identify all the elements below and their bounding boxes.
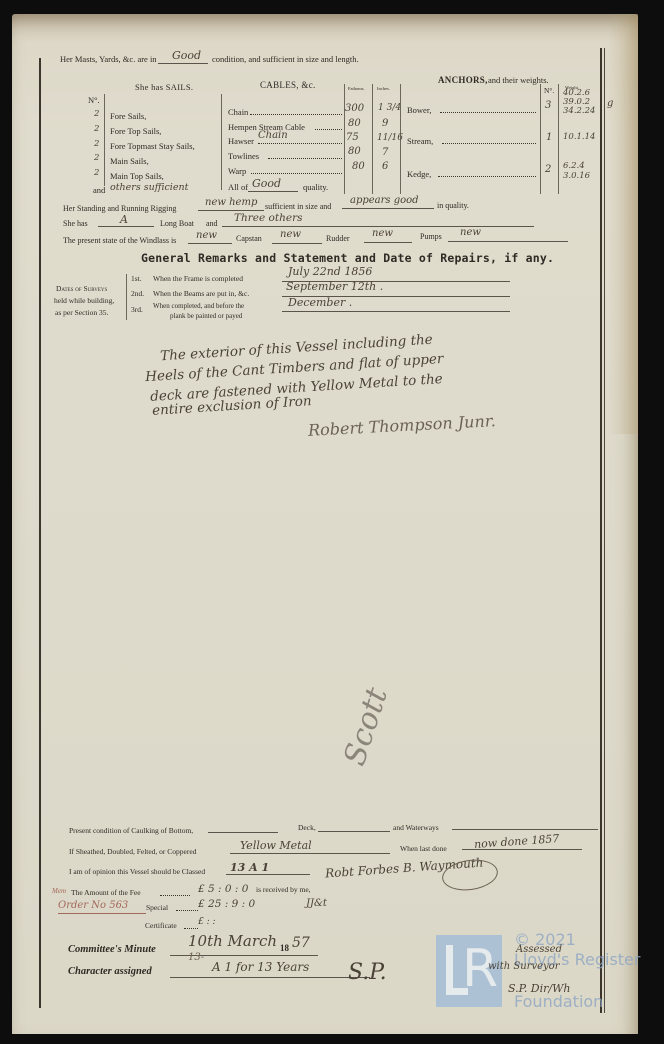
sail-label-1: Fore Sails, [110,112,146,121]
boats-label: She has [63,220,88,228]
survey-label-2: When the Beams are put in, &c. [153,290,249,298]
boats-and: and [206,220,218,228]
fee-amount-label: The Amount of the Fee [71,889,141,897]
inches-col-header: Inches. [377,87,390,92]
sails-and-value: others sufficient [110,183,188,193]
chain-fathoms: 300 [345,104,364,114]
classed-label: I am of opinion this Vessel should be Cl… [69,868,205,876]
rigging-suffix: in quality. [437,202,469,210]
sails-and-label: and [93,186,105,195]
committee-minute-value: 10th March [188,934,277,949]
windlass-underline [188,243,232,244]
bower-weight-3: 34.2.24 [563,107,595,116]
side-note-line-1: Assessed [516,945,562,955]
rigging-underline-1 [198,210,264,211]
anchor-label-stream: Stream, [407,137,433,146]
margin-note-underline [58,913,146,914]
cable-label-hawser: Hawser [228,137,254,146]
boats-underline-1 [98,226,154,227]
hempen-fathoms: 80 [348,119,361,129]
fee-special-initials: JJ&t [306,899,327,909]
surveys-brace [126,274,127,320]
border-rule-right [600,48,602,1013]
cables-quality-value: Good [252,178,281,189]
stream-weight: 10.1.14 [563,133,595,142]
surveys-side-label-1: Dates of Surveys [56,285,107,293]
sail-label-5: Main Top Sails, [110,172,164,181]
fathoms-rule-left [344,84,345,194]
hawser-inches: 11/16 [377,134,403,143]
sails-heading: She has SAILS. [135,83,193,92]
boats-underline-2 [222,226,534,227]
fee-margin-note-1: Mem [52,888,66,895]
leader-dots [251,167,342,174]
sails-cables-rule [221,94,222,190]
paper-stain [608,14,638,434]
anchor-no-rule-left [540,84,541,194]
character-assigned-value: A 1 for 13 Years [212,961,309,973]
survey-label-3: When completed, and before the [153,303,244,310]
rigging-value-1: new hemp [205,198,257,208]
cables-quality-prefix: All of [228,183,248,192]
capstan-label: Capstan [236,235,262,243]
sails-no-rule [104,94,105,186]
cable-label-chain: Chain [228,108,248,117]
hawser-fathoms: 75 [346,133,359,143]
caulking-deck-line [318,831,390,832]
warp-fathoms: 80 [352,162,365,172]
caulking-waterways-label: and Waterways [393,824,439,832]
sail-count-4: 2 [94,154,99,163]
rigging-underline-2 [342,208,434,209]
general-remarks-heading: General Remarks and Statement and Date o… [141,253,554,265]
fee-margin-note-2: Order No 563 [58,901,128,911]
rigging-value-2: appears good [350,196,419,206]
leader-dots [250,108,342,115]
capstan-underline [272,243,322,244]
sail-label-2: Fore Top Sails, [110,127,161,136]
survey-value-1: July 22nd 1856 [288,266,372,277]
anchors-margin-mark: g [607,99,613,109]
cables-quality-suffix: quality. [303,183,328,192]
chain-inches: 1 3/4 [378,104,401,113]
leader-dots [315,123,342,130]
windlass-label: The present state of the Windlass is [63,237,176,245]
kedge-count: 2 [545,165,551,175]
stream-count: 1 [546,133,552,143]
survey-ord-2: 2nd. [131,290,144,298]
windlass-value: new [196,231,217,241]
character-underline [170,977,370,978]
rudder-label: Rudder [326,235,350,243]
side-note-line-3: S.P. Dir/Wh [508,983,571,994]
caulking-waterways-line [452,829,598,830]
fee-certificate-value: £ : : [198,918,216,927]
quality-underline [248,191,298,192]
leader-dots [258,137,342,144]
caulking-deck-label: Deck, [298,824,316,832]
survey-label-1: When the Frame is completed [153,275,243,283]
towlines-inches: 7 [382,148,388,158]
kedge-weight-1: 6.2.4 [563,162,585,171]
last-done-underline [462,849,582,850]
border-rule-right-inner [604,48,605,1013]
committee-initials: S.P. [348,962,387,984]
survey-label-3b: plank be painted or payed [170,313,242,320]
border-rule-left [39,58,41,1008]
masts-condition-value: Good [172,50,201,61]
committee-minute-label: Committee's Minute [68,945,156,956]
masts-underline [158,63,208,64]
towlines-fathoms: 80 [348,147,361,157]
masts-label: Her Masts, Yards, &c. are in [60,55,157,64]
boats-long-boat: Long Boat [160,220,194,228]
capstan-value: new [280,230,301,240]
pumps-label: Pumps [420,233,442,241]
committee-year-print: 18 [280,944,289,953]
sail-label-3: Fore Topmast Stay Sails, [110,142,195,151]
bower-count: 3 [545,101,551,111]
anchor-no-rule-right [558,84,559,194]
survey-ord-1: 1st. [131,275,142,283]
anchor-label-bower: Bower, [407,106,431,115]
pumps-value: new [460,228,481,238]
sail-count-3: 2 [94,140,99,149]
pumps-underline [448,241,568,242]
fee-amount-suffix: is received by me, [256,886,311,894]
hempen-inches: 9 [382,119,388,129]
sails-no-label: N°. [88,96,100,105]
last-done-label: When last done [400,845,447,853]
sheathing-label: If Sheathed, Doubled, Felted, or Coppere… [69,848,196,856]
character-assigned-label: Character assigned [68,967,152,978]
rudder-underline [364,242,412,243]
sail-count-2: 2 [94,125,99,134]
leader-dots [440,106,536,113]
masts-suffix: condition, and sufficient in size and le… [212,55,359,64]
committee-year-hand: 57 [292,936,310,950]
cable-label-warp: Warp [228,167,246,176]
sail-label-4: Main Sails, [110,157,149,166]
fee-certificate-label: Certificate [145,922,177,930]
survey-value-2: September 12th . [286,281,383,292]
leader-dots [438,170,536,177]
surveys-side-label-3: as per Section 35. [55,309,108,317]
warp-inches: 6 [382,162,388,172]
fee-amount-value: £ 5 : 0 : 0 [198,884,249,895]
leader-dots [442,137,536,144]
sail-count-1: 2 [94,110,99,119]
sheathing-value: Yellow Metal [240,840,312,851]
leader-dots [268,152,342,159]
caulking-bottom-line [208,832,278,833]
leader-dots [176,904,198,911]
boats-value-2: Three others [234,213,302,224]
leader-dots [160,889,190,896]
fee-special-value: £ 25 : 9 : 0 [198,899,255,910]
inches-rule-left [372,84,373,194]
sheathing-underline [230,853,390,854]
survey-ord-3: 3rd. [131,306,143,314]
caulking-label: Present condition of Caulking of Bottom, [69,827,193,835]
anchor-no-header: N°. [544,87,554,95]
rudder-value: new [372,229,393,239]
anchor-label-kedge: Kedge, [407,170,431,179]
fee-special-label: Special [146,904,168,912]
survey-underline-3 [282,311,510,312]
side-note-line-2: with Surveyor [488,962,559,972]
rigging-middle: sufficient in size and [265,203,331,211]
leader-dots [184,922,198,929]
cable-label-towlines: Towlines [228,152,259,161]
survey-value-3: December . [288,297,352,308]
kedge-weight-2: 3.0.16 [563,172,590,181]
character-above: 13- [188,953,204,963]
fathoms-col-header: Fathoms. [348,87,365,92]
boats-value-1: A [120,214,128,225]
cables-heading: CABLES, &c. [260,81,316,90]
sail-count-5: 2 [94,169,99,178]
rigging-label: Her Standing and Running Rigging [63,205,176,213]
surveys-side-label-2: held while building, [54,297,114,305]
watermark-line-2: Foundation [514,994,603,1010]
anchors-heading: ANCHORS, [438,76,488,85]
classed-underline [226,874,310,875]
classed-value: 13 A 1 [230,862,269,873]
